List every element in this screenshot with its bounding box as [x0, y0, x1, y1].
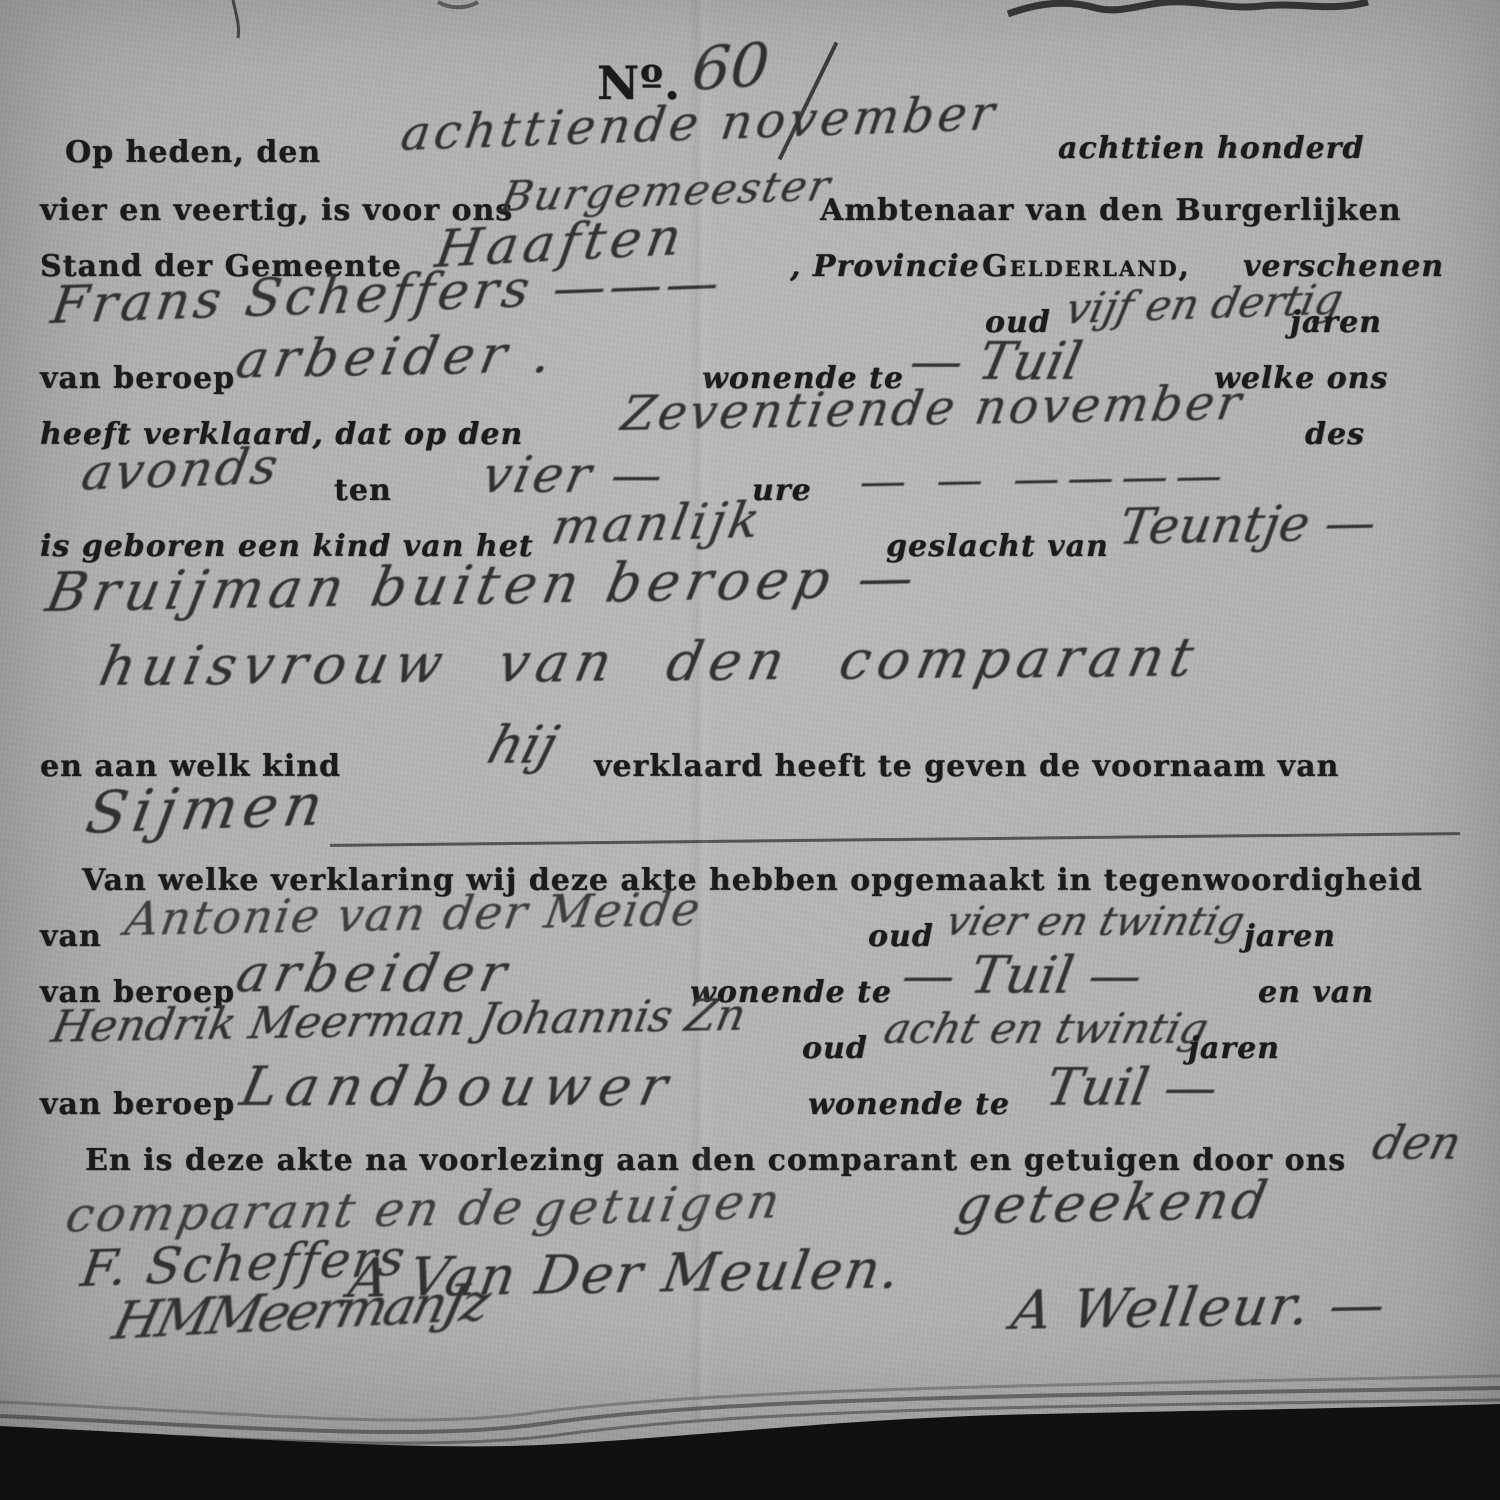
handwritten-geslacht: manlijk	[548, 495, 767, 552]
printed-van-2: van	[40, 922, 102, 952]
handwritten-getuige1-woonplaats: — Tuil —	[898, 950, 1146, 1002]
handwritten-comparant-beroep: arbeider .	[232, 328, 562, 386]
handwritten-moeder-achternaam: Bruijman buiten beroep —	[42, 551, 924, 620]
handwritten-den: den	[1368, 1120, 1466, 1166]
printed-op-heden: Op heden, den	[65, 138, 321, 168]
handwritten-getuige2-beroep: Landbouwer	[236, 1060, 681, 1114]
printed-jaren-1: jaren	[1290, 308, 1382, 338]
handwritten-dagdeel: avonds	[78, 441, 284, 498]
handwritten-getuige2-leeftijd: acht en twintig	[880, 1008, 1212, 1050]
signature-ambtenaar: A Welleur. —	[1008, 1278, 1390, 1338]
printed-wonende-te-3: wonende te	[808, 1090, 1010, 1120]
handwritten-getuige1-naam: Antonie van der Meide	[122, 886, 705, 942]
printed-achttien-honderd: achttien honderd	[1058, 134, 1364, 164]
printed-jaren-2: jaren	[1244, 922, 1336, 952]
handwritten-huisvrouw: huisvrouw van den comparant	[95, 630, 1205, 694]
birth-certificate-scan: Nº. 60 Op heden, den achttiende november…	[0, 0, 1500, 1500]
printed-des: des	[1305, 420, 1365, 450]
page-curl-and-scanner-band	[0, 1350, 1500, 1500]
handwritten-hij: hij	[482, 720, 563, 772]
handwritten-moeder-voornaam: Teuntje —	[1116, 498, 1379, 552]
printed-en-van: en van	[1258, 978, 1374, 1008]
handwritten-slot-3: geteekend	[952, 1175, 1275, 1232]
printed-van-beroep-1: van beroep	[40, 364, 235, 394]
printed-ten: ten	[334, 476, 392, 506]
printed-en-is-deze-akte: En is deze akte na voorlezing aan den co…	[85, 1146, 1346, 1176]
handwritten-getuige1-beroep: arbeider	[232, 948, 517, 1000]
handwritten-slot-1: comparant en de	[62, 1184, 529, 1240]
handwritten-getuige2-woonplaats: Tuil —	[1042, 1062, 1221, 1114]
handwritten-getuige1-leeftijd: vier en twintig	[942, 902, 1248, 942]
printed-van-beroep-3: van beroep	[40, 1090, 235, 1120]
printed-ambtenaar: Ambtenaar van den Burgerlijken	[820, 196, 1402, 226]
handwritten-kind-voornaam: Sijmen	[82, 776, 333, 842]
printed-provincie: , Provincie	[790, 252, 980, 282]
paper-fold-crease	[688, 0, 714, 1420]
handwritten-slot-2: getuigen	[530, 1177, 787, 1234]
pen-rule-line	[330, 832, 1460, 847]
handwritten-uur: vier —	[478, 450, 670, 500]
printed-oud-3: oud	[802, 1034, 868, 1064]
printed-provincie-naam: Gelderland,	[982, 252, 1191, 282]
handwritten-getuige2-naam: Hendrik Meerman Johannis Zn	[48, 994, 749, 1050]
